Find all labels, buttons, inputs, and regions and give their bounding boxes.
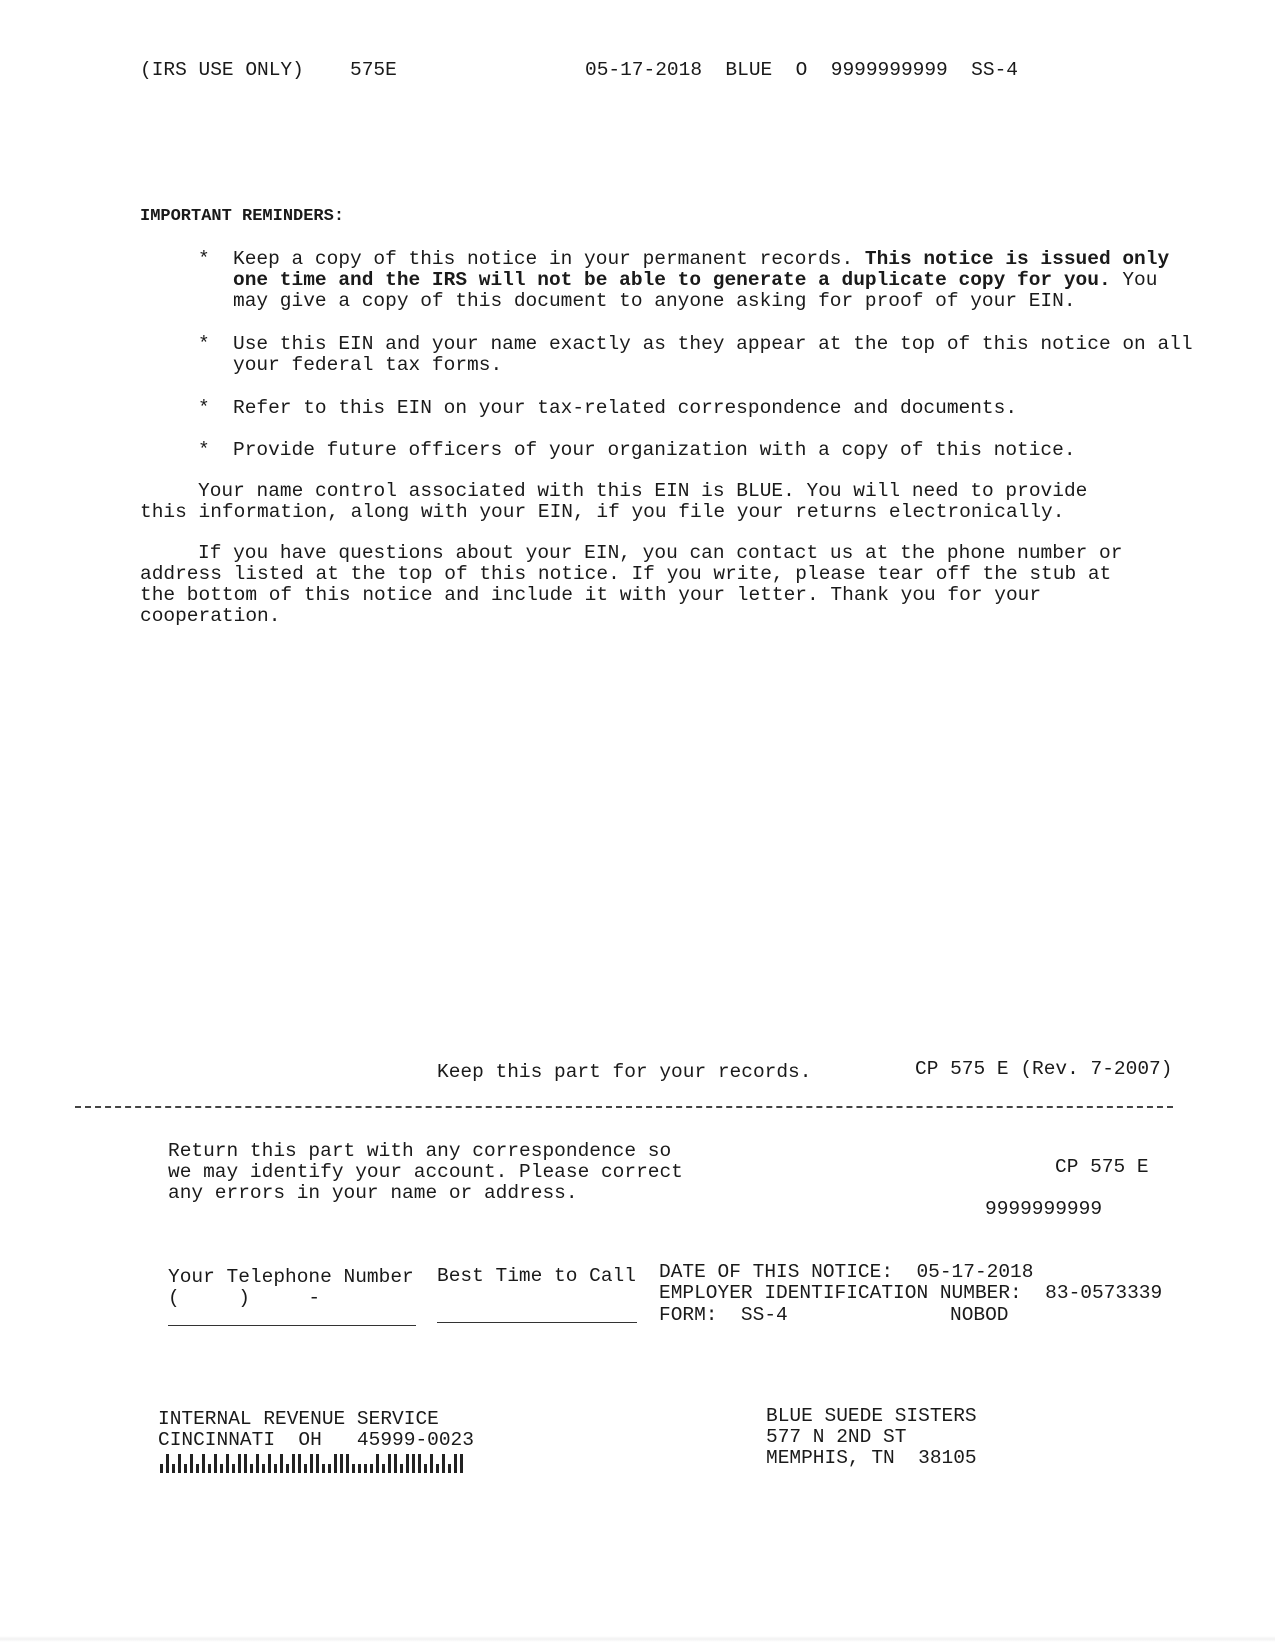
nobod-code: NOBOD [950,1305,1009,1326]
barcode-bar [376,1454,379,1473]
customer-name: BLUE SUEDE SISTERS [766,1406,977,1427]
barcode-bar [226,1454,229,1473]
employer-identification-number: EMPLOYER IDENTIFICATION NUMBER: 83-05733… [659,1283,1162,1304]
barcode-bar [412,1454,415,1473]
barcode-bar [208,1464,211,1473]
form-type: FORM: SS-4 [659,1305,788,1326]
reminder-item-use-ein: Use this EIN and your name exactly as th… [233,334,1193,376]
reminder-item-keep-copy: Keep a copy of this notice in your perma… [233,249,1193,312]
barcode-bar [418,1454,421,1473]
barcode-bar [424,1464,427,1473]
barcode-bar [316,1454,319,1473]
tear-off-line [75,1106,1173,1108]
barcode-bar [202,1454,205,1473]
barcode-bar [256,1454,259,1473]
barcode-bar [430,1454,433,1473]
telephone-underline [168,1325,416,1326]
best-time-label: Best Time to Call [437,1266,636,1287]
postal-barcode-icon [160,1453,463,1473]
reminder-text: Keep a copy of this notice in your perma… [233,248,865,270]
barcode-bar [268,1454,271,1473]
barcode-bar [394,1454,397,1473]
barcode-bar [460,1454,463,1473]
barcode-bar [250,1464,253,1473]
barcode-bar [310,1454,313,1473]
barcode-bar [400,1464,403,1473]
questions-paragraph: If you have questions about your EIN, yo… [140,543,1140,627]
barcode-bar [304,1464,307,1473]
barcode-bar [190,1454,193,1473]
stub-notice-code: CP 575 E [1055,1157,1149,1178]
keep-part-note: Keep this part for your records. [437,1062,811,1083]
scan-edge-shadow [0,1636,1275,1642]
barcode-bar [364,1464,367,1473]
bullet-asterisk-icon: * [198,249,210,270]
barcode-bar [292,1454,295,1473]
telephone-field[interactable]: ( ) - [168,1288,320,1309]
bullet-asterisk-icon: * [198,398,210,419]
customer-street: 577 N 2ND ST [766,1427,977,1448]
date-of-notice: DATE OF THIS NOTICE: 05-17-2018 [659,1262,1033,1283]
barcode-bar [184,1464,187,1473]
barcode-bar [232,1464,235,1473]
telephone-label: Your Telephone Number [168,1267,414,1288]
return-instructions: Return this part with any correspondence… [168,1141,688,1204]
barcode-bar [220,1464,223,1473]
reminder-item-future-officers: Provide future officers of your organiza… [233,440,1193,461]
irs-address-block: INTERNAL REVENUE SERVICE CINCINNATI OH 4… [158,1409,538,1451]
best-time-field[interactable] [437,1322,637,1323]
name-control-paragraph: Your name control associated with this E… [140,481,1140,523]
barcode-bar [442,1454,445,1473]
barcode-bar [298,1454,301,1473]
barcode-bar [286,1464,289,1473]
reminder-item-refer-ein: Refer to this EIN on your tax-related co… [233,398,1193,419]
customer-address-block: BLUE SUEDE SISTERS 577 N 2ND ST MEMPHIS,… [766,1406,977,1469]
barcode-bar [280,1454,283,1473]
barcode-bar [196,1464,199,1473]
barcode-bar [238,1454,241,1473]
barcode-bar [436,1464,439,1473]
reminders-heading: IMPORTANT REMINDERS: [140,206,344,227]
form-code: 575E [350,60,397,81]
barcode-bar [328,1464,331,1473]
barcode-bar [448,1464,451,1473]
barcode-bar [274,1464,277,1473]
barcode-bar [454,1454,457,1473]
irs-use-only-label: (IRS USE ONLY) [140,60,304,81]
header-reference-line: 05-17-2018 BLUE O 9999999999 SS-4 [585,60,1018,81]
barcode-bar [370,1464,373,1473]
bullet-asterisk-icon: * [198,440,210,461]
barcode-bar [352,1464,355,1473]
barcode-bar [214,1454,217,1473]
irs-address-line2: CINCINNATI OH 45999-0023 [158,1430,538,1451]
barcode-bar [334,1454,337,1473]
barcode-bar [172,1464,175,1473]
barcode-bar [322,1464,325,1473]
barcode-bar [244,1454,247,1473]
barcode-bar [178,1454,181,1473]
barcode-bar [346,1454,349,1473]
form-revision: CP 575 E (Rev. 7-2007) [915,1059,1172,1080]
barcode-bar [382,1464,385,1473]
barcode-bar [166,1454,169,1473]
barcode-bar [340,1454,343,1473]
barcode-bar [388,1454,391,1473]
barcode-bar [406,1454,409,1473]
barcode-bar [160,1464,163,1473]
stub-identifier: 9999999999 [985,1199,1102,1220]
bullet-asterisk-icon: * [198,334,210,355]
irs-address-line1: INTERNAL REVENUE SERVICE [158,1409,538,1430]
customer-city-state-zip: MEMPHIS, TN 38105 [766,1448,977,1469]
barcode-bar [262,1464,265,1473]
barcode-bar [358,1464,361,1473]
